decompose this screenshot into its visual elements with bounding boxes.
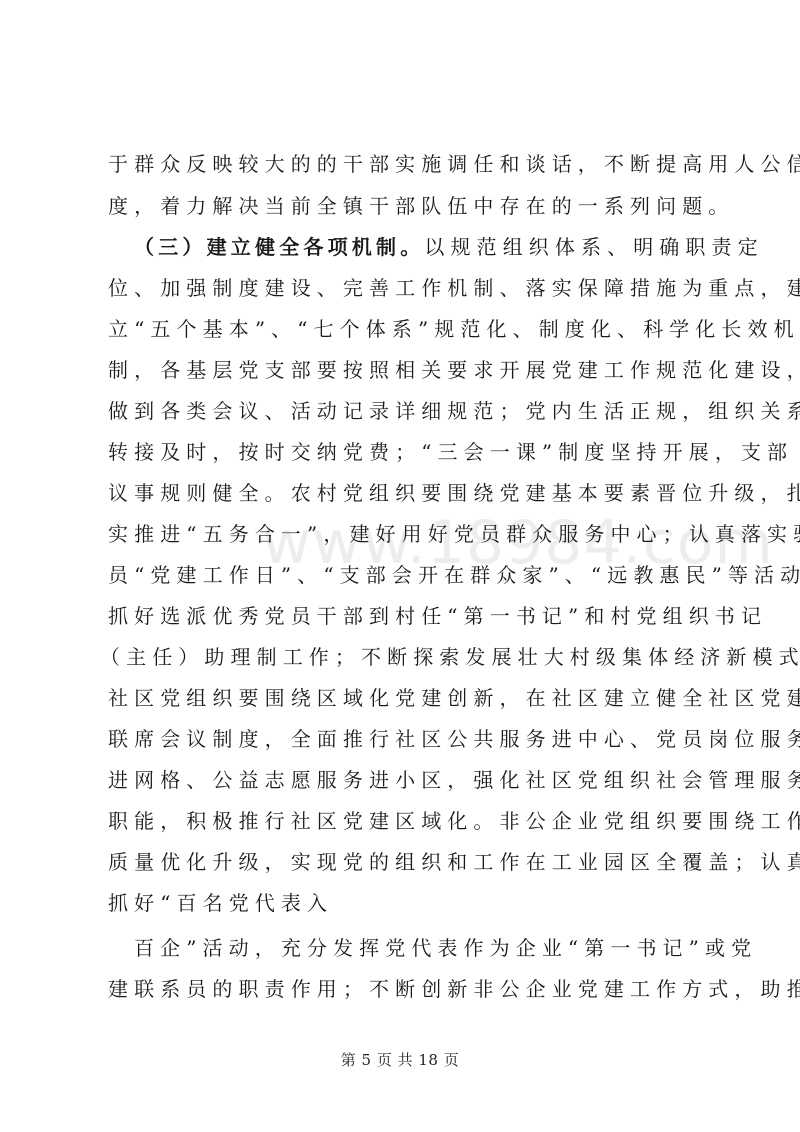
paragraph-line: 建联系员的职责作用；不断创新非公企业党建工作方式，助推 xyxy=(108,974,800,1004)
paragraph-line: 制，各基层党支部要按照相关要求开展党建工作规范化建设， xyxy=(108,355,800,385)
paragraph-line: 议事规则健全。农村党组织要围绕党建基本要素晋位升级，扎 xyxy=(108,478,800,508)
paragraph-line: 百企”活动，充分发挥党代表作为企业“第一书记”或党 xyxy=(134,933,757,963)
paragraph-line: 社区党组织要围绕区域化党建创新，在社区建立健全社区党建 xyxy=(108,683,800,713)
paragraph-line: 做到各类会议、活动记录详细规范；党内生活正规，组织关系 xyxy=(108,396,800,426)
document-page: www.18984.com 于群众反映较大的的干部实施调任和谈话，不断提高用人公… xyxy=(0,0,800,1132)
paragraph-line: 抓好“百名党代表入 xyxy=(108,888,333,918)
page-number-footer: 第 5 页 共 18 页 xyxy=(0,1049,800,1070)
paragraph-line: 转接及时，按时交纳党费；“三会一课”制度坚持开展，支部 xyxy=(108,437,793,467)
paragraph-line: 立“五个基本”、“七个体系”规范化、制度化、科学化长效机 xyxy=(108,314,800,344)
paragraph-line: （主任）助理制工作；不断探索发展壮大村级集体经济新模式。 xyxy=(100,642,800,672)
paragraph-line: 实推进“五务合一”，建好用好党员群众服务中心；认真落实驻 xyxy=(108,519,800,549)
paragraph-line: 质量优化升级，实现党的组织和工作在工业园区全覆盖；认真 xyxy=(108,847,800,877)
paragraph-line: 抓好选派优秀党员干部到村任“第一书记”和村党组织书记 xyxy=(108,601,767,631)
paragraph-line: 职能，积极推行社区党建区域化。非公企业党组织要围绕工作 xyxy=(108,806,800,836)
paragraph-line: 进网格、公益志愿服务进小区，强化社区党组织社会管理服务 xyxy=(108,765,800,795)
section-heading: （三）建立健全各项机制。 xyxy=(134,235,424,259)
paragraph-line: 位、加强制度建设、完善工作机制、落实保障措施为重点，建 xyxy=(108,273,800,303)
paragraph-line: 员“党建工作日”、“支部会开在群众家”、“远教惠民”等活动。 xyxy=(108,560,800,590)
paragraph-line: 于群众反映较大的的干部实施调任和谈话，不断提高用人公信 xyxy=(108,149,800,179)
paragraph-line: 度，着力解决当前全镇干部队伍中存在的一系列问题。 xyxy=(108,191,734,221)
section-heading-line: （三）建立健全各项机制。以规范组织体系、明确职责定 xyxy=(134,232,764,262)
paragraph-line: 联席会议制度，全面推行社区公共服务进中心、党员岗位服务 xyxy=(108,724,800,754)
paragraph-text: 以规范组织体系、明确职责定 xyxy=(424,235,763,259)
